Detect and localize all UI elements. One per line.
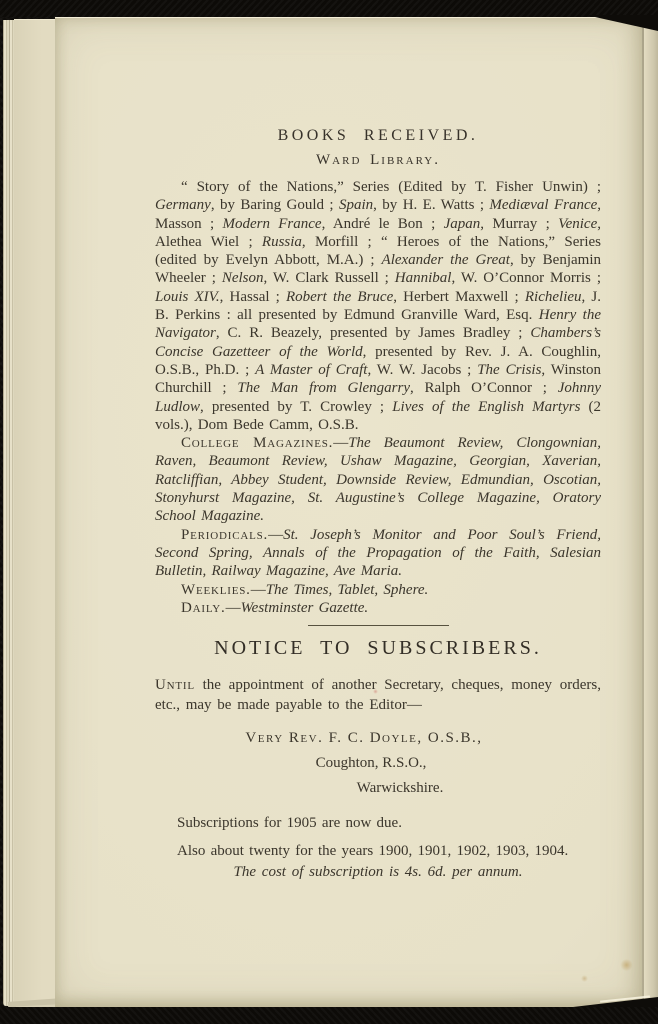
notice-body-paragraph: Until the appointment of another Secreta… <box>155 675 601 715</box>
subscription-cost-line: The cost of subscription is 4s. 6d. per … <box>155 864 601 881</box>
section-divider-rule <box>308 625 449 626</box>
editor-address-line: Warwickshire. <box>177 776 623 801</box>
college-magazines-paragraph: College Magazines.—The Beaumont Review, … <box>155 434 601 525</box>
editor-name-line: Very Rev. F. C. Doyle, O.S.B., <box>141 726 587 751</box>
weeklies-paragraph: Weeklies.—The Times, Tablet, Sphere. <box>155 581 601 599</box>
editor-address-block: Very Rev. F. C. Doyle, O.S.B., Coughton,… <box>155 726 601 801</box>
books-received-heading: BOOKS RECEIVED. <box>155 127 601 145</box>
subscriptions-due-line: Subscriptions for 1905 are now due. <box>155 814 601 832</box>
editor-address-line: Coughton, R.S.O., <box>148 751 594 776</box>
foxing-stain <box>581 975 588 982</box>
ward-library-subheading: Ward Library. <box>155 152 601 169</box>
periodicals-paragraph: Periodicals.—St. Joseph’s Monitor and Po… <box>155 526 601 581</box>
scan-background-bottom <box>0 1007 658 1024</box>
ward-library-list-paragraph: “ Story of the Nations,” Series (Edited … <box>155 178 601 434</box>
page-text-column: BOOKS RECEIVED. Ward Library. “ Story of… <box>155 0 601 881</box>
arrears-line: Also about twenty for the years 1900, 19… <box>155 842 601 860</box>
foxing-stain <box>620 959 633 971</box>
notice-to-subscribers-heading: NOTICE TO SUBSCRIBERS. <box>155 637 601 660</box>
page-gutter-strip <box>644 22 658 1002</box>
daily-paragraph: Daily.—Westminster Gazette. <box>155 599 601 617</box>
scanned-book-page: BOOKS RECEIVED. Ward Library. “ Story of… <box>0 0 658 1024</box>
